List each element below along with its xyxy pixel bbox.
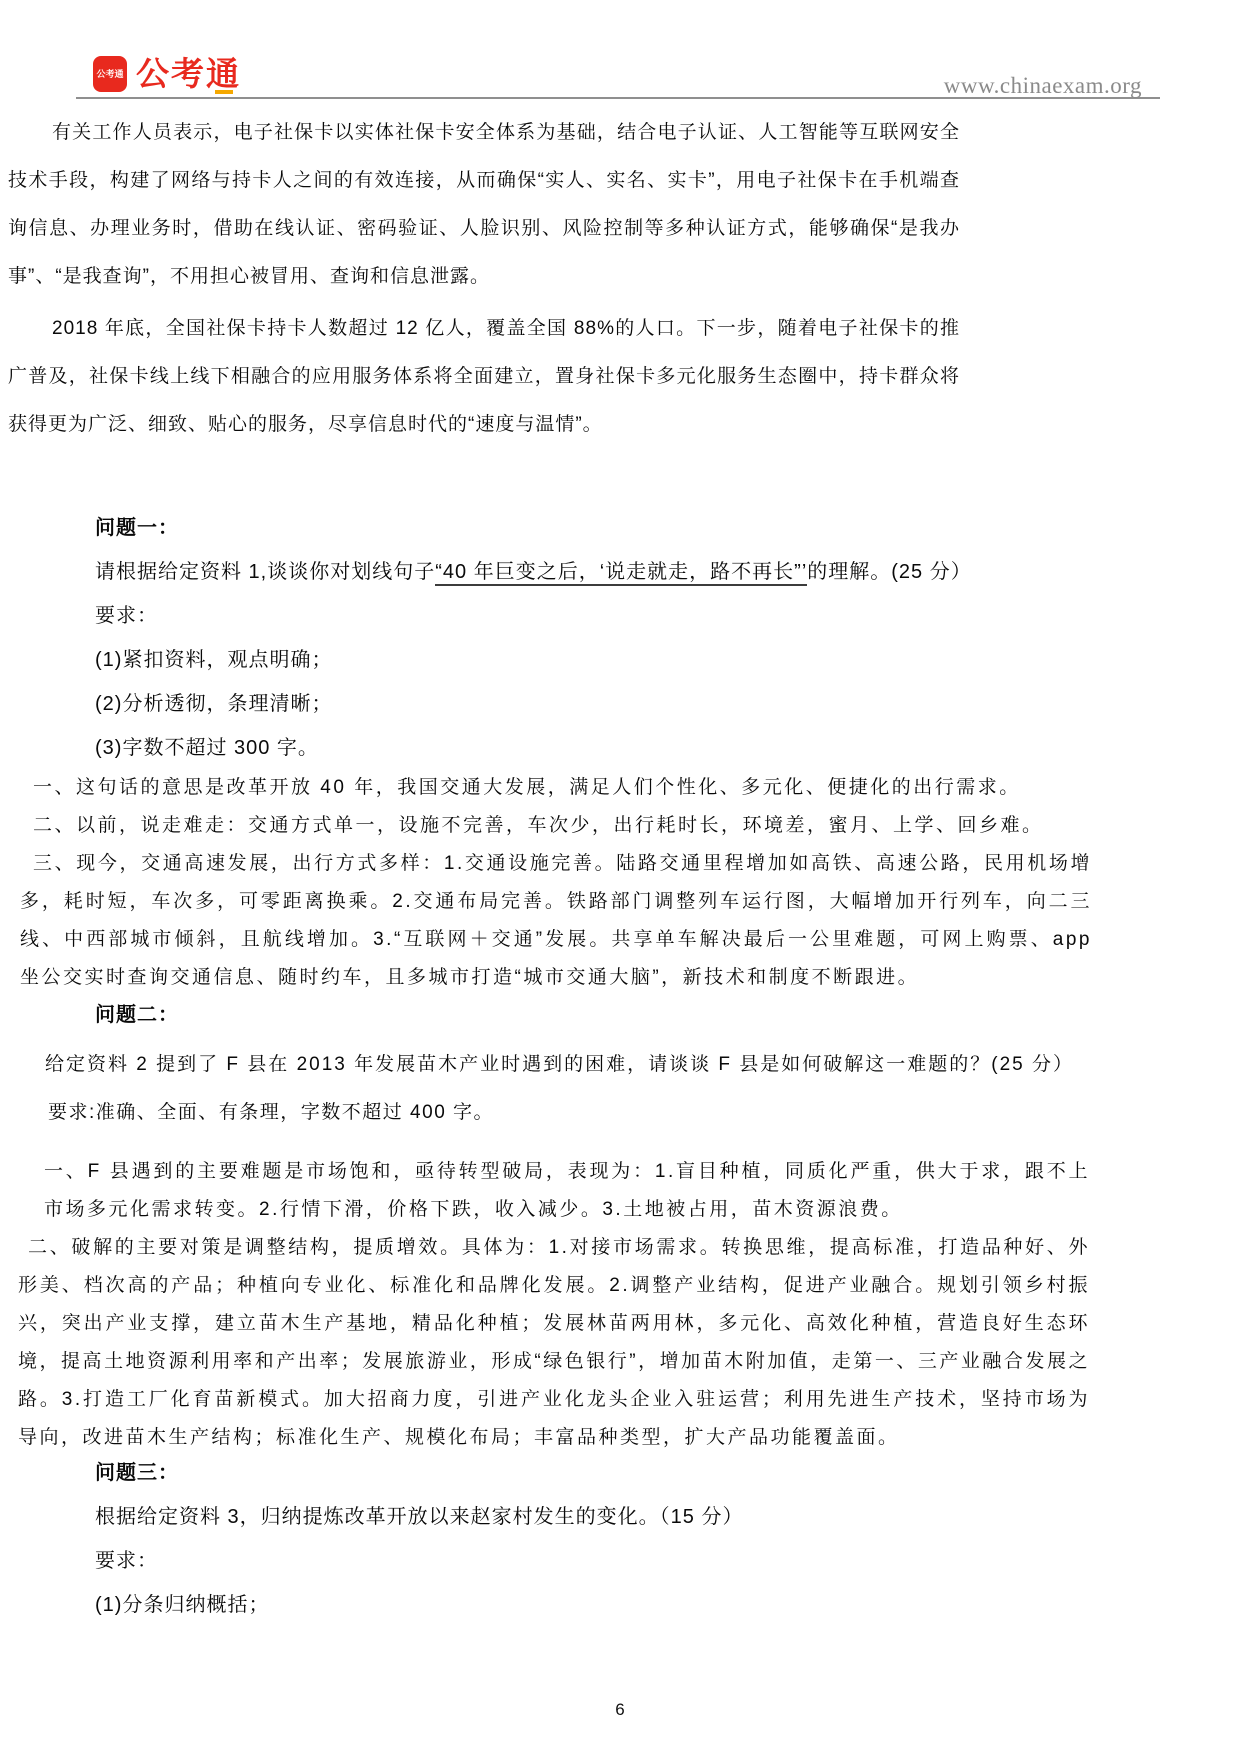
question-1-requirement-2: (2)分析透彻，条理清晰； <box>95 689 972 719</box>
question-1-answer-point-2: 二、以前，说走难走：交通方式单一，设施不完善，车次少，出行耗时长，环境差，蜜月、… <box>20 807 1092 845</box>
question-2-answer-point-2: 二、破解的主要对策是调整结构，提质增效。具体为：1.对接市场需求。转换思维，提高… <box>18 1229 1090 1457</box>
question-1-requirement-3: (3)字数不超过 300 字。 <box>95 733 972 763</box>
brand-logo-icon: 公考通 <box>93 56 127 92</box>
brand-wordmark-text: 公考通 <box>136 55 241 92</box>
brand-logo: 公考通 公考通 <box>93 55 241 93</box>
question-2-title: 问题二： <box>95 1000 179 1030</box>
question-3-title: 问题三： <box>95 1458 743 1488</box>
material-paragraph-1: 有关工作人员表示，电子社保卡以实体社保卡安全体系为基础，结合电子认证、人工智能等… <box>8 109 960 301</box>
document-page: 公考通 公考通 www.chinaexam.org 有关工作人员表示，电子社保卡… <box>0 0 1240 1754</box>
page-number: 6 <box>0 1700 1240 1720</box>
website-url: www.chinaexam.org <box>944 73 1142 99</box>
question-1-requirement-1: (1)紧扣资料，观点明确； <box>95 645 972 675</box>
question-1-answer: 一、这句话的意思是改革开放 40 年，我国交通大发展，满足人们个性化、多元化、便… <box>20 769 1092 997</box>
question-1-prompt-suffix: 的理解。(25 分） <box>807 561 971 583</box>
question-1-answer-point-3: 三、现今，交通高速发展，出行方式多样：1.交通设施完善。陆路交通里程增加如高铁、… <box>20 845 1092 997</box>
question-2-requirements: 要求:准确、全面、有条理，字数不超过 400 字。 <box>48 1098 494 1128</box>
question-1-prompt-prefix: 请根据给定资料 1,谈谈你对划线句子 <box>95 561 435 583</box>
question-1-answer-point-1: 一、这句话的意思是改革开放 40 年，我国交通大发展，满足人们个性化、多元化、便… <box>20 769 1092 807</box>
brand-wordmark: 公考通 <box>136 55 241 93</box>
material-text: 有关工作人员表示，电子社保卡以实体社保卡安全体系为基础，结合电子认证、人工智能等… <box>8 109 960 449</box>
brand-accent-mark <box>215 90 233 94</box>
question-2-answer-point-1: 一、F 县遇到的主要难题是市场饱和，亟待转型破局，表现为：1.盲目种植，同质化严… <box>44 1153 1090 1229</box>
page-header: 公考通 公考通 www.chinaexam.org <box>76 44 1160 99</box>
question-1-title: 问题一： <box>95 513 972 543</box>
question-1-block: 问题一： 请根据给定资料 1,谈谈你对划线句子“40 年巨变之后，‘说走就走，路… <box>95 513 972 777</box>
material-paragraph-2: 2018 年底，全国社保卡持卡人数超过 12 亿人，覆盖全国 88%的人口。下一… <box>8 305 960 449</box>
question-1-underlined-quote: “40 年巨变之后，‘说走就走，路不再长”’ <box>435 561 807 586</box>
question-2-prompt: 给定资料 2 提到了 F 县在 2013 年发展苗木产业时遇到的困难，请谈谈 F… <box>45 1050 1074 1080</box>
question-2-answer: 一、F 县遇到的主要难题是市场饱和，亟待转型破局，表现为：1.盲目种植，同质化严… <box>18 1153 1090 1457</box>
question-1-requirements-label: 要求： <box>95 601 972 631</box>
question-3-prompt: 根据给定资料 3，归纳提炼改革开放以来赵家村发生的变化。（15 分） <box>95 1502 743 1532</box>
question-3-block: 问题三： 根据给定资料 3，归纳提炼改革开放以来赵家村发生的变化。（15 分） … <box>95 1458 743 1634</box>
question-3-requirement-1: (1)分条归纳概括； <box>95 1590 743 1620</box>
question-1-prompt: 请根据给定资料 1,谈谈你对划线句子“40 年巨变之后，‘说走就走，路不再长”’… <box>95 557 972 587</box>
question-3-requirements-label: 要求： <box>95 1546 743 1576</box>
